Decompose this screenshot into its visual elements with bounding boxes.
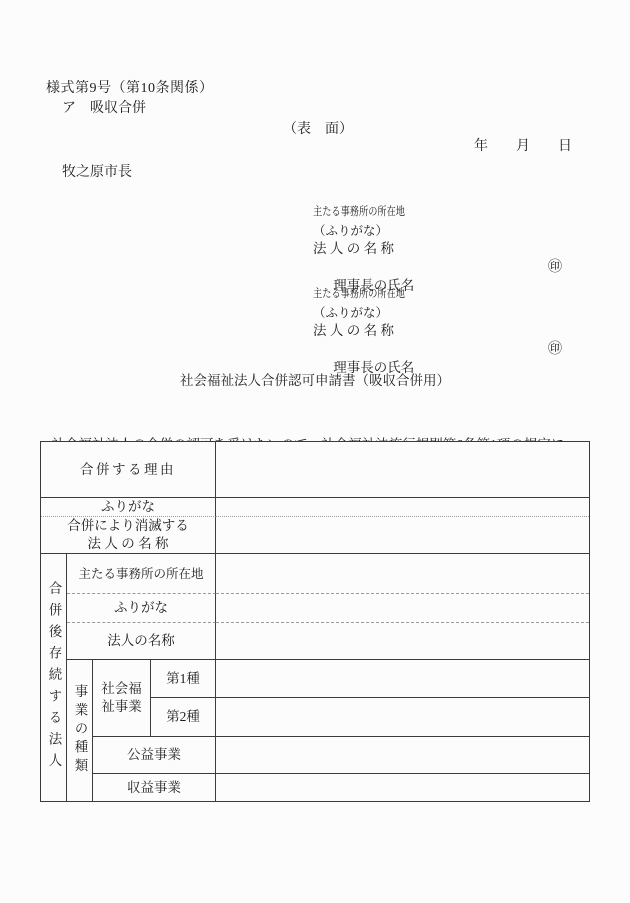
type1-field[interactable] — [216, 660, 589, 698]
corporation-name-label: 法 人 の 名 称 — [313, 322, 613, 341]
form-number: 様式第9号（第10条関係） — [46, 77, 214, 97]
applicant-block-2: 主たる事務所の所在地 （ふりがな） 法 人 の 名 称 理事長の氏名 ㊞ — [313, 285, 613, 359]
office-address-label: 主たる事務所の所在地 — [313, 203, 553, 222]
applicant-block-1: 主たる事務所の所在地 （ふりがな） 法 人 の 名 称 理事長の氏名 ㊞ — [313, 203, 613, 277]
profit-making-business-field[interactable] — [216, 774, 589, 801]
furigana-dissolving-field[interactable] — [216, 498, 589, 517]
surviving-office-address-field[interactable] — [216, 554, 589, 594]
seal-icon: ㊞ — [548, 259, 562, 278]
dissolving-corporation-name-label: 合併により消滅する 法 人 の 名 称 — [41, 517, 216, 554]
type2-field[interactable] — [216, 698, 589, 737]
public-benefit-business-label: 公益事業 — [93, 737, 216, 774]
surviving-corporation-name-field[interactable] — [216, 623, 589, 660]
merger-reason-label: 合併する理由 — [41, 442, 216, 498]
profit-making-business-label: 収益事業 — [93, 774, 216, 801]
furigana-label: （ふりがな） — [313, 304, 613, 323]
furigana-label: （ふりがな） — [313, 222, 613, 241]
date-line: 年 月 日 — [474, 135, 572, 155]
document-title: 社会福祉法人合併認可申請書（吸収合併用） — [0, 369, 630, 389]
merger-reason-field[interactable] — [216, 442, 589, 498]
surviving-corporation-group-label: 合併後存続する法人 — [41, 554, 67, 801]
president-name-label: 理事長の氏名 ㊞ — [313, 259, 613, 278]
document-page: 様式第9号（第10条関係） ア 吸収合併 （表 面） 年 月 日 牧之原市長 主… — [0, 0, 630, 903]
public-benefit-business-field[interactable] — [216, 737, 589, 774]
social-welfare-business-label: 社会福 祉事業 — [93, 660, 151, 737]
surviving-office-address-label: 主たる事務所の所在地 — [67, 554, 216, 594]
office-address-label: 主たる事務所の所在地 — [313, 285, 553, 304]
addressee-mayor: 牧之原市長 — [62, 161, 132, 181]
president-name-label: 理事長の氏名 ㊞ — [313, 341, 613, 360]
type1-label: 第1種 — [151, 660, 216, 698]
front-side-label: （表 面） — [283, 118, 353, 138]
seal-icon: ㊞ — [548, 341, 562, 360]
surviving-corporation-name-label: 法人の名称 — [67, 623, 216, 660]
merger-type-label: ア 吸収合併 — [62, 97, 146, 117]
furigana-surviving-label: ふりがな — [67, 594, 216, 623]
furigana-surviving-field[interactable] — [216, 594, 589, 623]
application-form-table: 合併する理由 ふりがな 合併により消滅する 法 人 の 名 称 合併後存続する法… — [40, 441, 590, 802]
type2-label: 第2種 — [151, 698, 216, 737]
furigana-dissolving-label: ふりがな — [41, 498, 216, 517]
corporation-name-label: 法 人 の 名 称 — [313, 240, 613, 259]
dissolving-corporation-name-field[interactable] — [216, 517, 589, 554]
business-type-group-label: 事業の種類 — [67, 660, 93, 801]
